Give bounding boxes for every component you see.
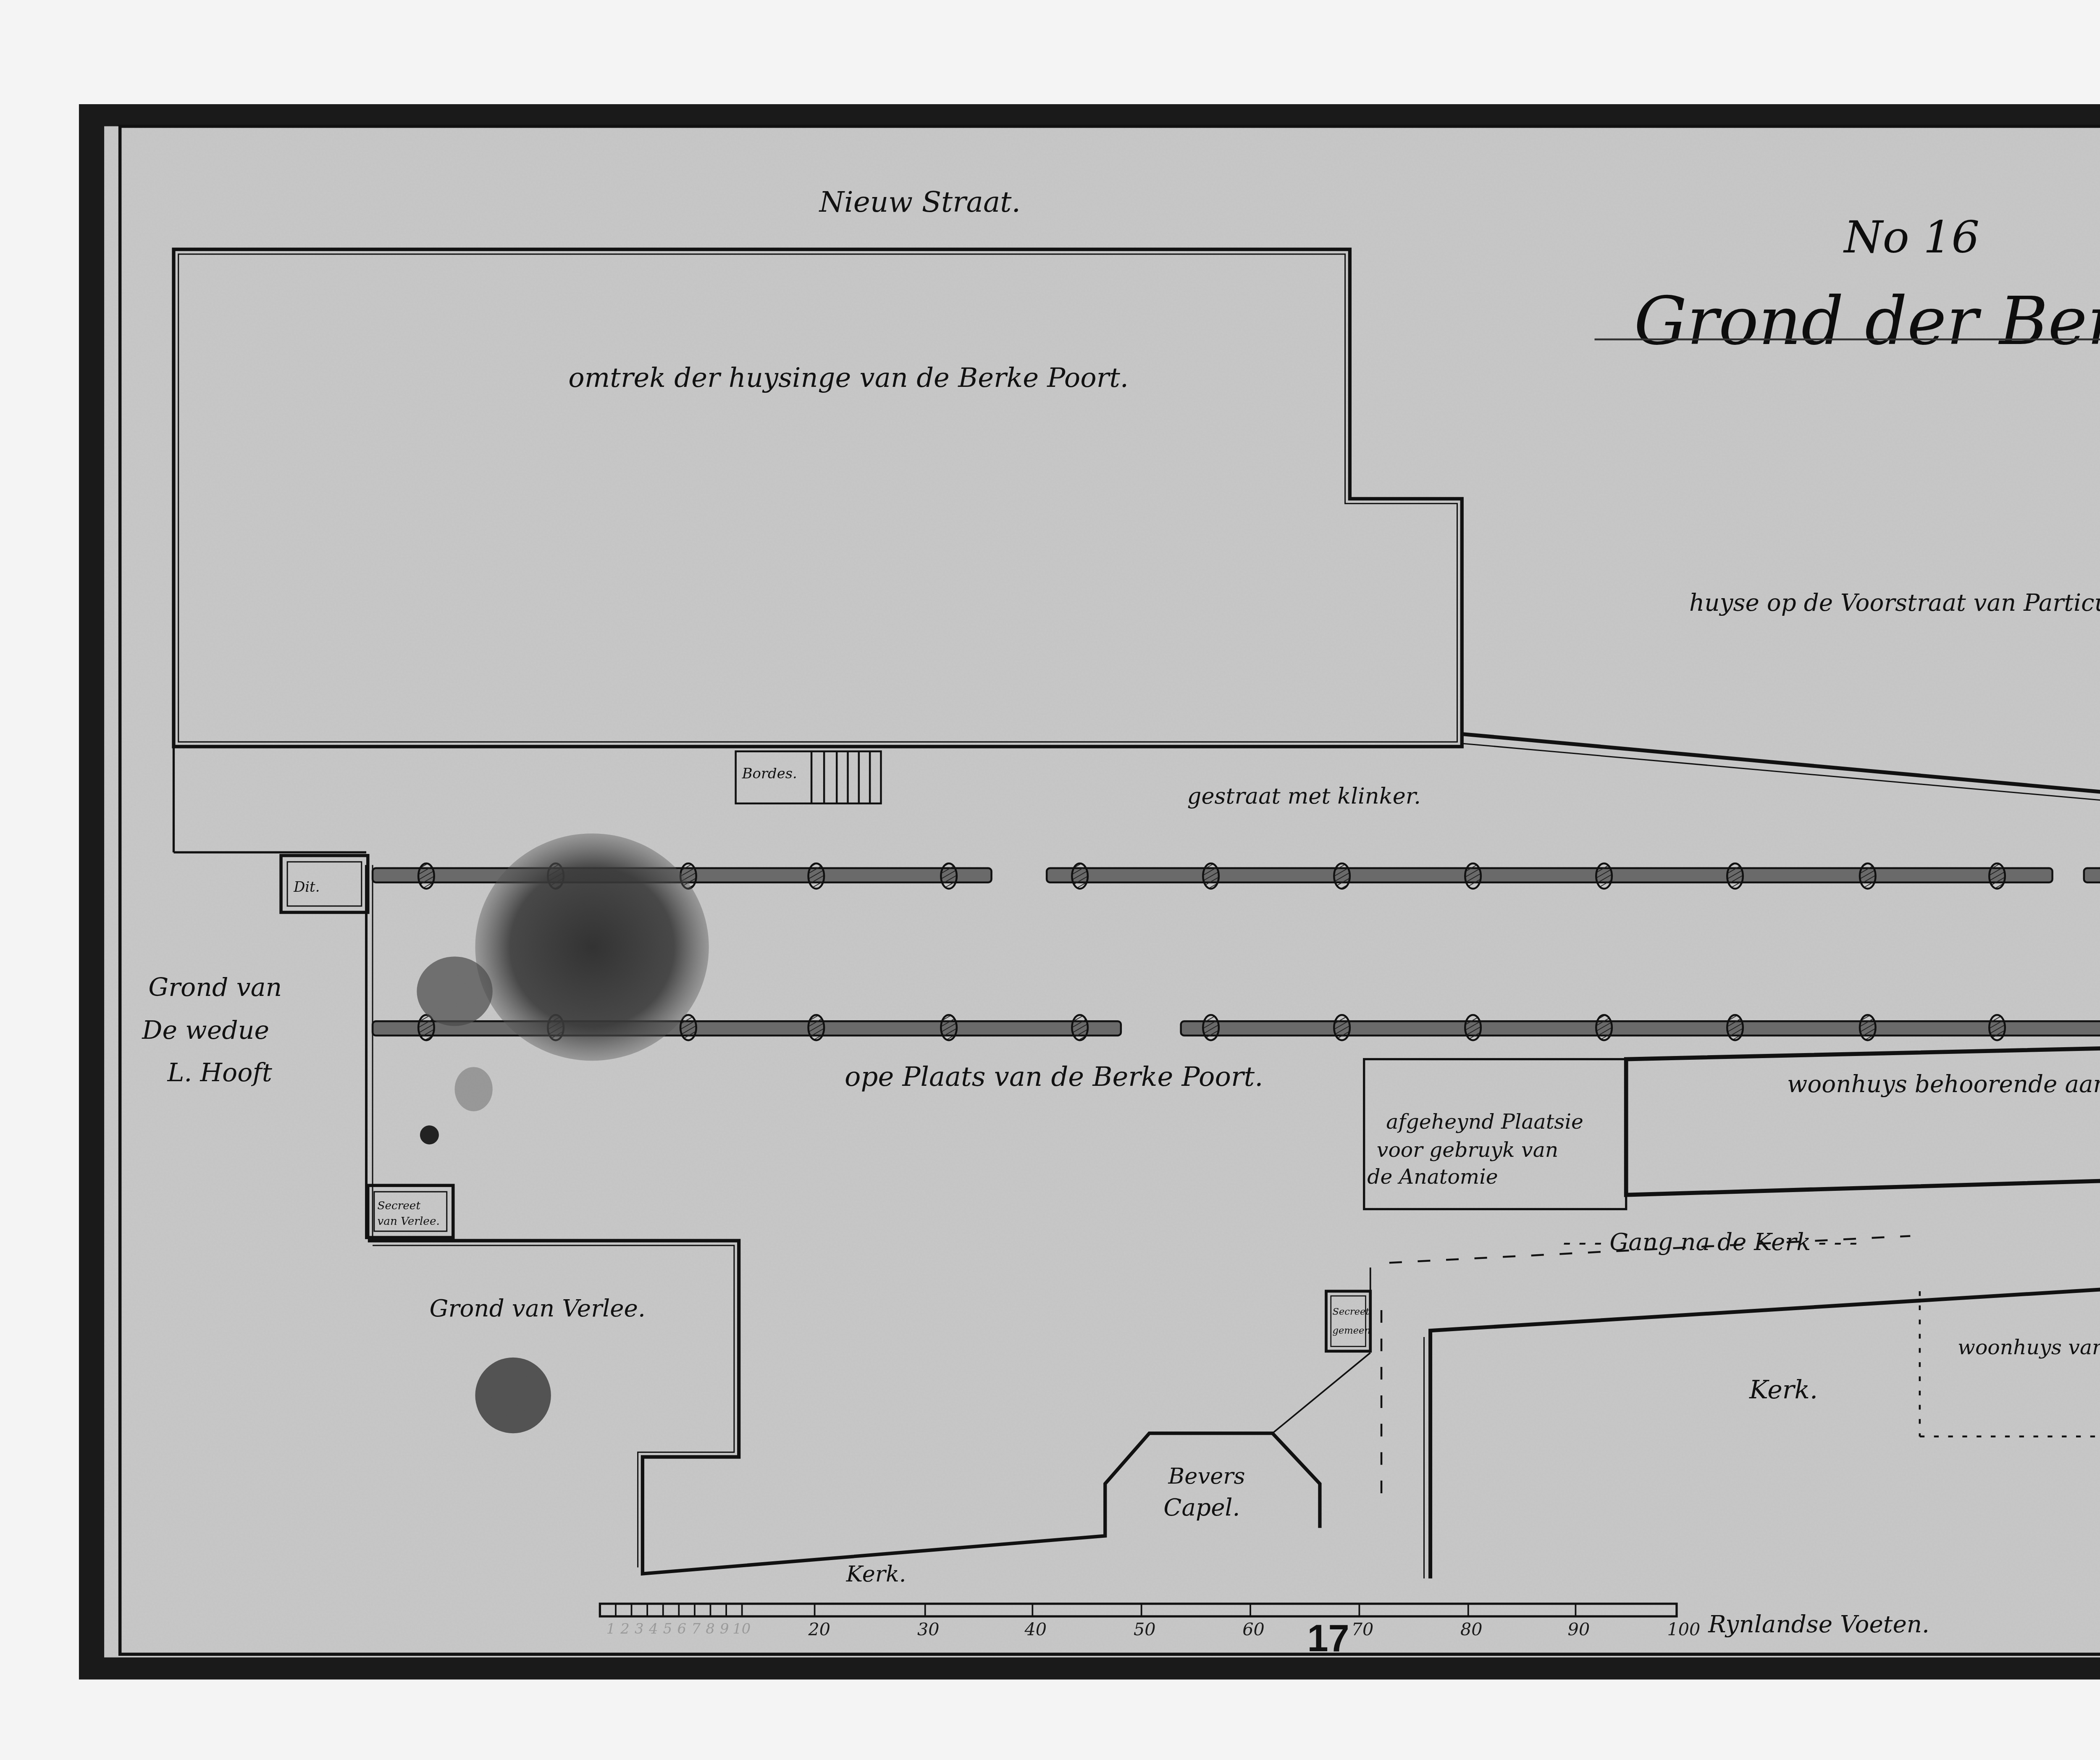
tick-6: 6: [677, 1621, 687, 1637]
tick-90: 90: [1568, 1619, 1590, 1639]
tick-70: 70: [1352, 1619, 1374, 1639]
label-bordes: Bordes.: [742, 765, 797, 782]
tick-8: 8: [706, 1621, 715, 1637]
scale-small-ticks: 1 2 3 4 5 6 7 8 9 10: [606, 1621, 751, 1637]
scale-unit: Rynlandse Voeten.: [1708, 1611, 1929, 1638]
archive-stamp: 17: [1307, 1617, 1349, 1660]
tick-10: 10: [732, 1621, 751, 1637]
label-chapel-line2: Capel.: [1163, 1494, 1240, 1521]
label-alley: - - - Gang na de Kerk - - -: [1563, 1229, 1857, 1256]
label-verhel-house: woonhuys van Verhel.: [1958, 1335, 2100, 1359]
label-church-bottom: Kerk.: [846, 1561, 906, 1587]
tick-20: 20: [808, 1619, 831, 1639]
tick-5: 5: [663, 1621, 672, 1637]
map-sheet: No 16 Grond der Berkenpoort Nieuw Straat…: [0, 0, 2100, 1760]
label-secreet-verlee-line2: van Verlee.: [377, 1215, 439, 1228]
label-chapel-line1: Bevers: [1168, 1463, 1245, 1489]
label-church-right: Kerk.: [1749, 1375, 1818, 1405]
title-block: Grond der Berkenpoort: [1595, 283, 2100, 360]
label-grond-verlee: Grond van Verlee.: [429, 1295, 645, 1322]
tick-50: 50: [1134, 1619, 1156, 1639]
label-grond-wed-line3: L. Hooft: [167, 1058, 272, 1088]
label-anatomy-line2: voor gebruyk van: [1377, 1138, 1558, 1162]
tick-100: 100: [1667, 1619, 1700, 1639]
tick-1: 1: [606, 1621, 615, 1637]
tick-3: 3: [635, 1621, 644, 1637]
label-anatomy-line1: afgeheynd Plaatsie: [1386, 1110, 1583, 1134]
map-title: Grond der Berkenpoort: [1634, 283, 2100, 360]
label-main-building: omtrek der huysinge van de Berke Poort.: [568, 363, 1129, 394]
label-city-house: woonhuys behoorende aan de Stad.: [1787, 1071, 2100, 1098]
tick-80: 80: [1460, 1619, 1483, 1639]
tick-60: 60: [1242, 1619, 1265, 1639]
label-dit: Dit.: [293, 879, 320, 895]
label-secreet-gemeen-line2: gemeen: [1333, 1325, 1370, 1336]
label-grond-wed-line2: De wedue: [142, 1016, 269, 1045]
label-grond-wed-line1: Grond van: [148, 973, 282, 1002]
label-paved: gestraat met klinker.: [1187, 783, 1421, 809]
map-number: No 16: [1843, 211, 1979, 263]
label-private-houses: huyse op de Voorstraat van Particuliere: [1689, 589, 2100, 617]
label-courtyard: ope Plaats van de Berke Poort.: [845, 1061, 1263, 1093]
label-anatomy-line3: de Anatomie: [1367, 1165, 1498, 1189]
tick-4: 4: [648, 1621, 658, 1637]
plan-drawing: No 16 Grond der Berkenpoort Nieuw Straat…: [0, 0, 2100, 1760]
tick-9: 9: [720, 1621, 729, 1637]
label-secreet-verlee-line1: Secreet: [377, 1200, 420, 1212]
tick-7: 7: [691, 1621, 701, 1637]
tick-40: 40: [1024, 1619, 1047, 1639]
label-secreet-gemeen-line1: Secreet: [1333, 1306, 1370, 1317]
street-label-nieuwstraat: Nieuw Straat.: [819, 185, 1021, 218]
tick-30: 30: [917, 1619, 940, 1639]
tick-2: 2: [620, 1621, 630, 1637]
